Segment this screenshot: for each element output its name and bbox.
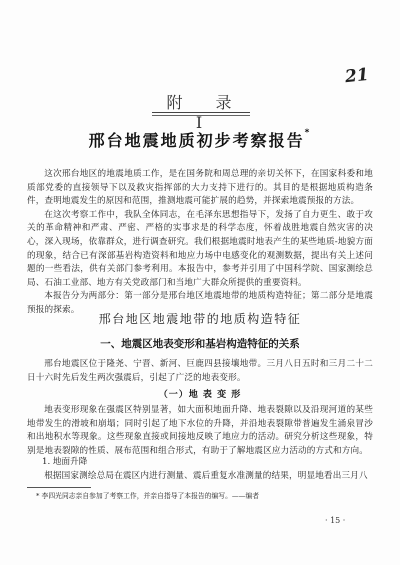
document-page: 21 附 录 I 邢台地震地质初步考察报告* 这次邢台地区的地震地质工作，是在国… [0,0,400,565]
appendix-double-rule [152,112,250,116]
intro-paragraph-1: 这次邢台地区的地震地质工作，是在国务院和周总理的亲切关怀下，在国家科委和地质部党… [27,168,373,209]
handwritten-page-number: 21 [344,65,370,87]
item-1-body: 根据国家测绘总局在震区内进行测量、震后重复水准测量的结果，明显地看出三月八 [27,470,373,484]
report-title-text: 邢台地震地质初步考察报告 [89,131,305,150]
page-number: · 15 · [325,516,345,525]
footnote-marker: * [305,128,312,138]
footnote-divider [27,487,91,488]
section-1-body: 邢台地震区位于隆尧、宁晋、新河、巨鹿四县接壤地带。三月八日五时和三月二十二日十六… [27,358,373,385]
part-title: 邢台地区地震地带的地质构造特征 [0,310,400,327]
intro-section: 这次邢台地区的地震地质工作，是在国务院和周总理的亲切关怀下，在国家科委和地质部党… [27,168,373,318]
footnote: * 李四光同志亲自参加了考察工作，并亲自指导了本报告的编写。——编者 [36,490,259,500]
subsection-1-paragraph: 地表变形现象在强震区特别显著，如大面积地面升降、地表裂隙以及沿现河道的某些地带发… [27,404,373,458]
section-1-title: 一、地震区地表变形和基岩构造特征的关系 [0,336,400,351]
report-title: 邢台地震地质初步考察报告* [0,128,400,151]
subsection-1-title: （一）地 表 变 形 [0,387,400,400]
subsection-1-body: 地表变形现象在强震区特别显著，如大面积地面升降、地表裂隙以及沿现河道的某些地带发… [27,404,373,458]
item-1-title: 1. 地面升降 [42,455,87,467]
intro-paragraph-2: 在这次考察工作中，我队全体同志，在毛泽东思想指导下，发扬了自力更生、敢于攻关的革… [27,209,373,291]
section-1-paragraph: 邢台地震区位于隆尧、宁晋、新河、巨鹿四县接壤地带。三月八日五时和三月二十二日十六… [27,358,373,385]
appendix-heading: 附 录 I [150,90,250,132]
item-1-paragraph: 根据国家测绘总局在震区内进行测量、震后重复水准测量的结果，明显地看出三月八 [27,470,373,484]
